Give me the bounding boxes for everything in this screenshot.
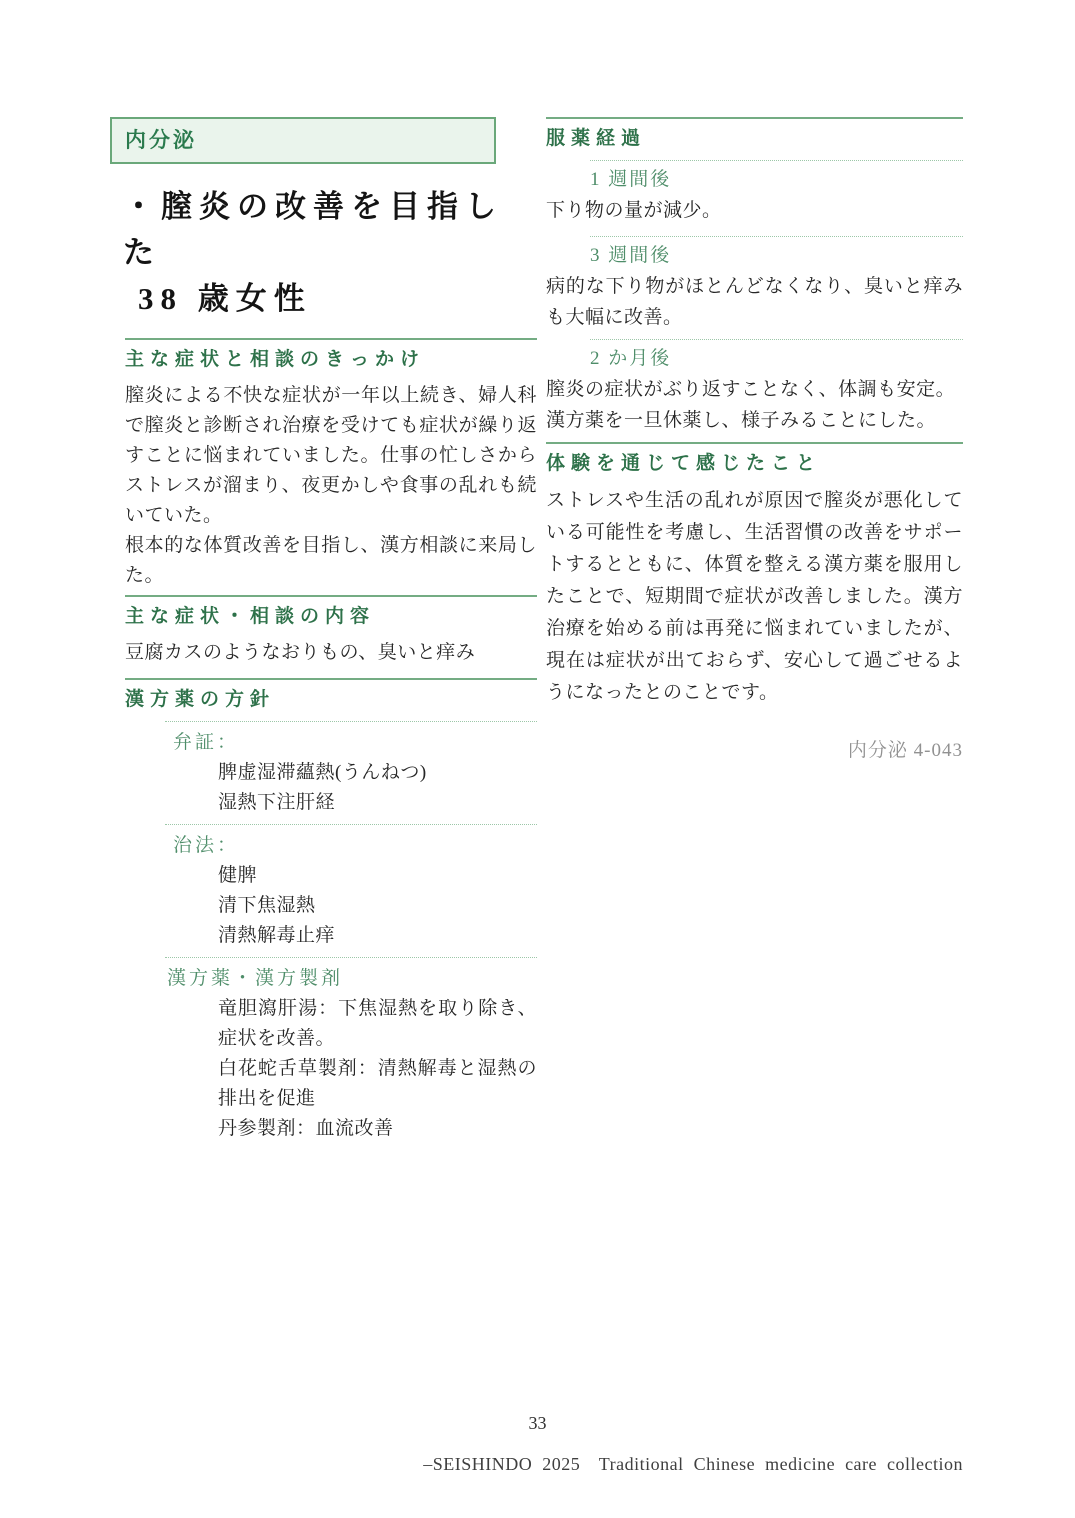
policy-bensho: 弁証： 脾虚湿滞蘊熱(うんねつ) 湿熱下注肝経 bbox=[165, 721, 537, 818]
category-badge: 内分泌 bbox=[110, 117, 496, 164]
page-number: 33 bbox=[0, 1413, 1075, 1434]
policy-kampo: 漢方薬・漢方製剤 竜胆瀉肝湯：下焦湿熱を取り除き、症状を改善。 白花蛇舌草製剤：… bbox=[165, 957, 537, 1144]
section-heading-reflection: 体験を通じて感じたこと bbox=[546, 444, 963, 477]
chiho-item: 清熱解毒止痒 bbox=[218, 921, 537, 951]
right-column: 服薬経過 1 週間後 下り物の量が減少。 3 週間後 病的な下り物がほとんどなく… bbox=[546, 117, 963, 762]
entry-label: 3 週間後 bbox=[546, 237, 963, 271]
course-entry-week1: 1 週間後 下り物の量が減少。 bbox=[546, 160, 963, 226]
section-symptoms: 主な症状・相談の内容 豆腐カスのようなおりもの、臭いと痒み bbox=[125, 595, 537, 668]
section-heading-course: 服薬経過 bbox=[546, 119, 963, 152]
case-title-line2: 38 歳女性 bbox=[123, 276, 537, 322]
course-entry-week3: 3 週間後 病的な下り物がほとんどなくなり、臭いと痒みも大幅に改善。 bbox=[546, 236, 963, 333]
chiho-item: 健脾 bbox=[218, 861, 537, 891]
case-code: 内分泌 4-043 bbox=[546, 735, 963, 762]
case-title: ・膣炎の改善を目指した 38 歳女性 bbox=[123, 184, 537, 322]
kampo-items: 竜胆瀉肝湯：下焦湿熱を取り除き、症状を改善。 白花蛇舌草製剤：清熱解毒と湿熱の排… bbox=[218, 994, 537, 1144]
section-trigger: 主な症状と相談のきっかけ 膣炎による不快な症状が一年以上続き、婦人科で膣炎と診断… bbox=[125, 338, 537, 591]
chiho-label: 治法： bbox=[165, 831, 537, 861]
section-heading-trigger: 主な症状と相談のきっかけ bbox=[125, 340, 537, 373]
case-title-line1: ・膣炎の改善を目指した bbox=[123, 189, 503, 270]
left-column: 内分泌 ・膣炎の改善を目指した 38 歳女性 主な症状と相談のきっかけ 膣炎によ… bbox=[110, 117, 537, 1144]
entry-label: 2 か月後 bbox=[546, 340, 963, 374]
trigger-body-1: 膣炎による不快な症状が一年以上続き、婦人科で膣炎と診断され治療を受けても症状が繰… bbox=[125, 381, 537, 531]
section-heading-policy: 漢方薬の方針 bbox=[125, 680, 537, 713]
entry-text: 漢方薬を一旦休薬し、様子みることにした。 bbox=[546, 405, 963, 436]
trigger-body-2: 根本的な体質改善を目指し、漢方相談に来局した。 bbox=[125, 531, 537, 591]
entry-text: 膣炎の症状がぶり返すことなく、体調も安定。 bbox=[546, 374, 963, 405]
entry-text: 病的な下り物がほとんどなくなり、臭いと痒みも大幅に改善。 bbox=[546, 271, 963, 333]
bensho-item: 湿熱下注肝経 bbox=[218, 788, 537, 818]
kampo-item: 丹参製剤：血流改善 bbox=[218, 1114, 537, 1144]
bensho-label: 弁証： bbox=[165, 728, 537, 758]
chiho-item: 清下焦湿熱 bbox=[218, 891, 537, 921]
policy-chiho: 治法： 健脾 清下焦湿熱 清熱解毒止痒 bbox=[165, 824, 537, 951]
document-page: 内分泌 ・膣炎の改善を目指した 38 歳女性 主な症状と相談のきっかけ 膣炎によ… bbox=[0, 0, 1075, 1518]
entry-text: 下り物の量が減少。 bbox=[546, 195, 963, 226]
section-heading-symptoms: 主な症状・相談の内容 bbox=[125, 597, 537, 630]
bensho-item: 脾虚湿滞蘊熱(うんねつ) bbox=[218, 758, 537, 788]
bensho-items: 脾虚湿滞蘊熱(うんねつ) 湿熱下注肝経 bbox=[218, 758, 537, 818]
entry-label: 1 週間後 bbox=[546, 161, 963, 195]
kampo-item: 竜胆瀉肝湯：下焦湿熱を取り除き、症状を改善。 bbox=[218, 994, 537, 1054]
section-policy: 漢方薬の方針 弁証： 脾虚湿滞蘊熱(うんねつ) 湿熱下注肝経 治法： 健脾 清下… bbox=[125, 678, 537, 1144]
category-label: 内分泌 bbox=[125, 128, 197, 152]
chiho-items: 健脾 清下焦湿熱 清熱解毒止痒 bbox=[218, 861, 537, 951]
course-entry-month2: 2 か月後 膣炎の症状がぶり返すことなく、体調も安定。 漢方薬を一旦休薬し、様子… bbox=[546, 339, 963, 436]
kampo-label: 漢方薬・漢方製剤 bbox=[165, 964, 537, 994]
kampo-item: 白花蛇舌草製剤：清熱解毒と湿熱の排出を促進 bbox=[218, 1054, 537, 1114]
symptoms-body: 豆腐カスのようなおりもの、臭いと痒み bbox=[125, 638, 537, 668]
footer-credit: –SEISHINDO 2025 Traditional Chinese medi… bbox=[0, 1450, 963, 1476]
reflection-body: ストレスや生活の乱れが原因で膣炎が悪化している可能性を考慮し、生活習慣の改善をサ… bbox=[546, 485, 963, 709]
